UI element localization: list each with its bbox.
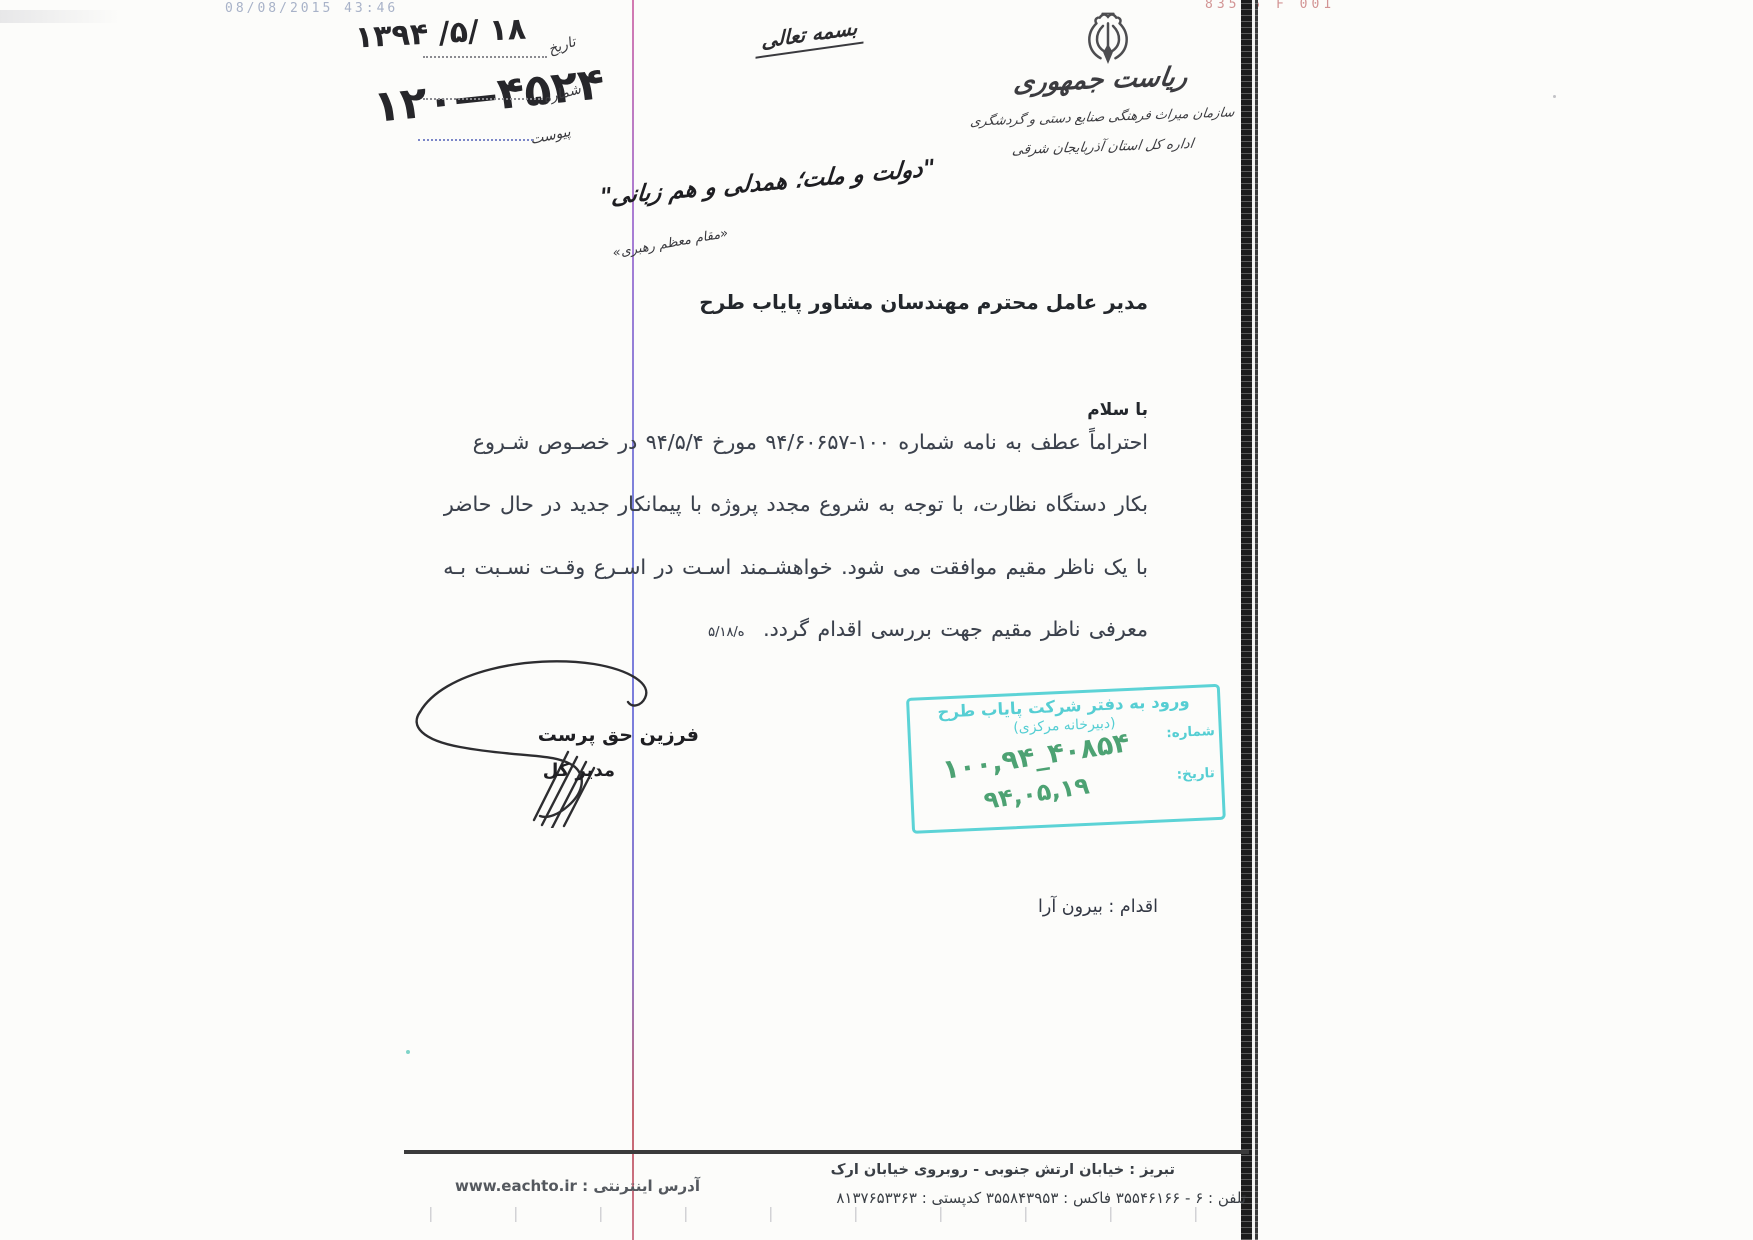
footer-contact: تلفن : ۶ - ۳۵۵۴۶۱۶۶ فاکس : ۳۵۵۸۴۳۹۵۳ کدپ… bbox=[818, 1189, 1246, 1207]
iran-emblem-icon bbox=[1083, 11, 1133, 69]
signer-title: مدیر کل bbox=[547, 760, 615, 781]
footer-rule bbox=[404, 1150, 1249, 1154]
letterhead-block: ریاست جمهوری سازمان میراث فرهنگی صنایع د… bbox=[951, 61, 1254, 160]
attachment-label: پیوست bbox=[529, 124, 572, 148]
body-line-2: بکار دستگاه نظارت، با توجه به شروع مجدد … bbox=[503, 492, 1148, 516]
scan-smudge bbox=[0, 10, 120, 23]
signer-name: فرزین حق پرست bbox=[547, 724, 699, 746]
slogan-calligraphy: "دولت و ملت؛ همدلی و هم زبانی" bbox=[644, 155, 935, 206]
footer-website: آدرس اینترنتی : www.eachto.ir bbox=[455, 1177, 700, 1195]
receipt-stamp: ورود به دفتر شرکت پایاب طرح (دبیرخانه مر… bbox=[906, 684, 1226, 834]
scan-speck-gray bbox=[1553, 95, 1556, 98]
scanned-letter-page: 08/08/2015 43:46 83555 F 001 ⁦۱۳۹۴ /۵/ ۱… bbox=[0, 0, 1753, 1240]
scan-tick-marks bbox=[430, 1207, 1230, 1222]
body-line-4: معرفی ناظر مقیم جهت بررسی اقدام گردد. ه/… bbox=[503, 617, 1148, 641]
date-handwritten: ⁦۱۳۹۴ /۵/ ۱۸⁩ bbox=[354, 12, 527, 56]
recipient-line: مدیر عامل محترم مهندسان مشاور پایاب طرح bbox=[503, 290, 1148, 314]
salutation: با سلام bbox=[503, 400, 1148, 420]
org-name-presidency: ریاست جمهوری bbox=[951, 61, 1252, 101]
fax-page-code: 83555 F 001 bbox=[1205, 0, 1335, 12]
number-dotted-line bbox=[423, 98, 543, 100]
footer-address: تبریز : خیابان ارتش جنوبی - روبروی خیابا… bbox=[800, 1162, 1175, 1178]
bismillah: بسمه تعالی bbox=[756, 14, 864, 58]
fax-timestamp: 08/08/2015 43:46 bbox=[225, 1, 398, 16]
body-line-3: با یک ناظر مقیم موافقت می شود. خواهشـمند… bbox=[503, 555, 1148, 579]
scan-speck-green bbox=[406, 1050, 410, 1054]
body-line-4-text: معرفی ناظر مقیم جهت بررسی اقدام گردد. bbox=[763, 617, 1148, 641]
body-line-1: احتراماً عطف به نامه شماره ⁦۹۴/۶۰۶۵۷-۱۰۰… bbox=[503, 430, 1148, 454]
body-line-4-handwritten-date: ه/۵/۱۸ bbox=[708, 625, 745, 640]
stamp-number-label: شماره: bbox=[1166, 723, 1215, 741]
scan-streak-band bbox=[1241, 0, 1260, 1240]
attachment-dotted-line bbox=[418, 139, 533, 141]
slogan-attribution: «مقام معظم رهبری» bbox=[612, 226, 730, 261]
org-name-province: اداره کل استان آذربایجان شرقی bbox=[953, 134, 1253, 160]
date-label: تاریخ bbox=[546, 34, 577, 58]
stamp-date-label: تاریخ: bbox=[1176, 765, 1215, 783]
org-name-heritage: سازمان میراث فرهنگی صنایع دستی و گردشگری bbox=[952, 105, 1252, 130]
date-dotted-line bbox=[423, 56, 547, 58]
action-note: اقدام : بیرون آرا bbox=[900, 897, 1158, 917]
